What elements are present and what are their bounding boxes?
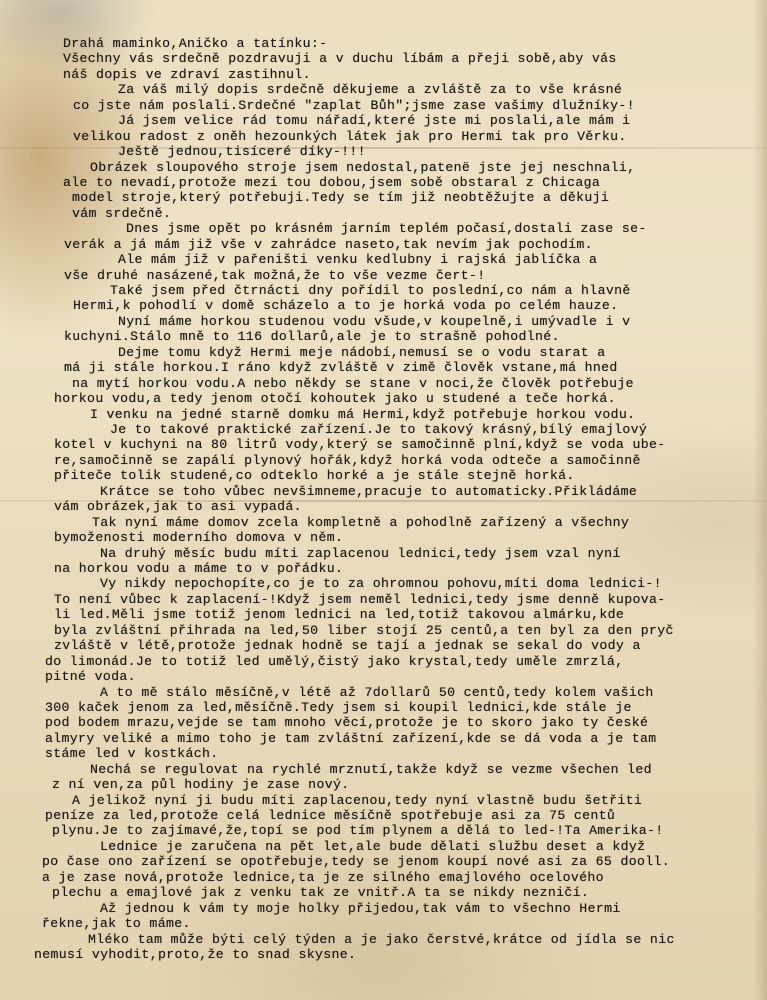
letter-line: almyry veliké a mimo toho je tam zvláštn…	[45, 731, 657, 746]
letter-line: To není vůbec k zaplacení-!Když jsem nem…	[54, 592, 666, 607]
letter-line: Až jednou k vám ty moje holky přijedou,t…	[100, 901, 621, 916]
letter-line: vše druhé nasázené,tak možná,že to vše v…	[64, 268, 485, 283]
letter-line: Krátce se toho vůbec nevšimneme,pracuje …	[100, 484, 637, 499]
letter-line: Tak nyní máme domov zcela kompletně a po…	[92, 515, 629, 530]
letter-line: kotel v kuchyni na 80 litrů vody,který s…	[54, 437, 666, 452]
letter-line: Ale mám již v pařeništi venku kedlubny i…	[118, 252, 597, 267]
letter-line: pod bodem mrazu,vejde se tam mnoho věcí,…	[45, 715, 648, 730]
letter-line: horkou vodu,a tedy jenom otočí kohoutek …	[54, 391, 616, 406]
letter-line: z ní ven,za půl hodiny je zase nový.	[52, 777, 350, 792]
letter-line: co jste nám poslali.Srdečné "zaplat Bůh"…	[73, 98, 635, 113]
letter-line: Všechny vás srdečně pozdravuji a v duchu…	[63, 51, 617, 66]
letter-line: Je to takové praktické zařízení.Je to ta…	[110, 422, 647, 437]
letter-line: Vy nikdy nepochopíte,co je to za ohromno…	[100, 576, 662, 591]
letter-line: A to mě stálo měsíčně,v létě až 7dollarů…	[100, 685, 654, 700]
letter-line: Já jsem velice rád tomu nářadí,které jst…	[118, 113, 630, 128]
letter-line: zvláště v létě,protože jednak hodně se t…	[54, 638, 641, 653]
letter-line: 300 kaček jenom za led,měsíčně.Tedy jsem…	[45, 700, 632, 715]
letter-line: a je zase nová,protože lednice,ta je ze …	[42, 870, 604, 885]
letter-line: bymoženosti moderního domova v něm.	[54, 530, 343, 545]
letter-line: li led.Měli jsme totiž jenom lednici na …	[54, 607, 624, 622]
letter-line: A jelikož nyní ji budu míti zaplacenou,t…	[72, 793, 642, 808]
letter-line: Hermi,k pohodlí v domě scházelo a to je …	[73, 298, 618, 313]
letter-line: Také jsem před čtrnácti dny pořídil to p…	[110, 283, 631, 298]
letter-line: přiteče tolik studené,co odteklo horké a…	[54, 468, 575, 483]
letter-line: plynu.Je to zajímavé,že,topí se pod tím …	[52, 823, 664, 838]
letter-line: Mléko tam může býti celý týden a je jako…	[88, 932, 675, 947]
letter-line: Drahá maminko,Aničko a tatínku:-	[63, 36, 327, 51]
letter-line: vám obrázek,jak to asi vypadá.	[54, 499, 302, 514]
letter-line: po čase ono zařízení se opotřebuje,tedy …	[42, 854, 670, 869]
letter-line: model stroje,který potřebuji.Tedy se tím…	[72, 190, 609, 205]
letter-line: řekne,jak to máme.	[42, 916, 191, 931]
letter-line: stáme led v kostkách.	[45, 746, 219, 761]
letter-line: vám srdečně.	[72, 206, 171, 221]
letter-line: Na druhý měsíc budu míti zaplacenou ledn…	[100, 546, 621, 561]
letter-line: Obrázek sloupového stroje jsem nedostal,…	[90, 160, 635, 175]
letter-line: Nechá se regulovat na rychlé mrznutí,tak…	[90, 762, 652, 777]
letter-line: I venku na jedné starně domku má Hermi,k…	[90, 407, 635, 422]
letter-line: plechu a emajlové jak z venku tak ze vni…	[52, 885, 589, 900]
letter-line: peníze za led,protože celá lednice měsíč…	[45, 808, 615, 823]
letter-line: pitné voda.	[45, 669, 136, 684]
letter-line: na mytí horkou vodu.A nebo někdy se stan…	[72, 376, 634, 391]
letter-line: kuchyni.Stálo mně to 116 dollarů,ale je …	[64, 329, 560, 344]
letter-line: Dnes jsme opět po krásném jarním teplém …	[126, 221, 647, 236]
letter-line: ale to nevadí,protože mezi tou dobou,jse…	[63, 175, 600, 190]
typewritten-letter: Drahá maminko,Aničko a tatínku:-Všechny …	[0, 0, 767, 1000]
letter-line: Ještě jednou,tisíceré díky-!!!	[118, 144, 366, 159]
letter-line: do limonád.Je to totiž led umělý,čistý j…	[45, 654, 623, 669]
letter-line: verák a já mám již vše v zahrádce naseto…	[64, 237, 593, 252]
letter-line: Lednice je zaručena na pět let,ale bude …	[100, 839, 645, 854]
letter-line: Nyní máme horkou studenou vodu všude,v k…	[118, 314, 630, 329]
letter-line: re,samočinně se zapálí plynový hořák,kdy…	[54, 453, 641, 468]
letter-line: Za váš milý dopis srdečně děkujeme a zvl…	[118, 82, 622, 97]
letter-line: byla zvláštní přihrada na led,50 liber s…	[54, 623, 674, 638]
letter-line: na horkou vodu a máme to v pořádku.	[54, 561, 343, 576]
letter-line: náš dopis ve zdraví zastihnul.	[63, 67, 311, 82]
letter-line: nemusí vyhodit,proto,že to snad skysne.	[34, 947, 356, 962]
letter-line: má ji stále horkou.I ráno když zvláště v…	[64, 360, 618, 375]
letter-line: velikou radost z oněh hezounkých látek j…	[73, 129, 627, 144]
letter-line: Dejme tomu když Hermi meje nádobí,nemusí…	[118, 345, 606, 360]
